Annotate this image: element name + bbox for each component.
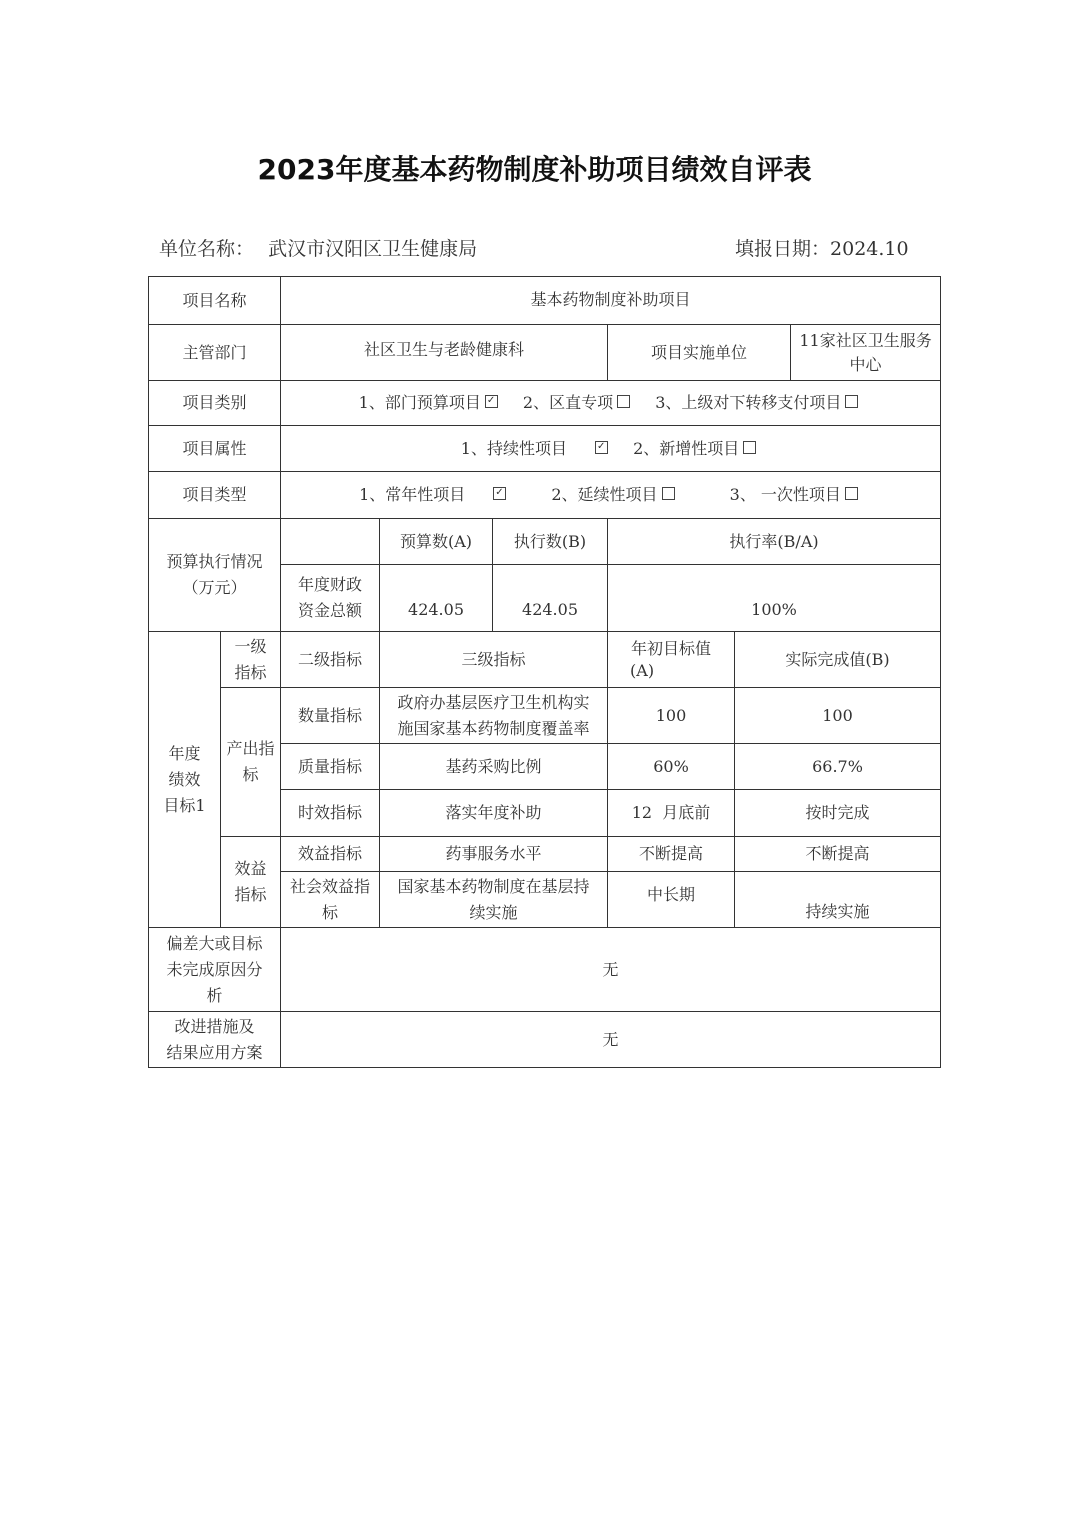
target-cell: 12 月底前 xyxy=(608,790,735,837)
date-info: 填报日期：2024.10 xyxy=(735,234,909,261)
category-option-2[interactable]: 2、区直专项 xyxy=(523,393,634,412)
dept-value: 社区卫生与老龄健康科 xyxy=(281,325,608,381)
actual-cell: 66.7% xyxy=(735,744,941,790)
level2-cell: 质量指标 xyxy=(281,744,380,790)
exec-col-header: 执行数(B) xyxy=(493,519,608,565)
type-option-3[interactable]: 3、 一次性项目 xyxy=(730,485,862,504)
goal-row: 效益 指标 效益指标 药事服务水平 不断提高 不断提高 xyxy=(149,837,941,872)
rate-value: 100% xyxy=(608,565,941,632)
checkbox-checked-icon[interactable] xyxy=(493,487,506,500)
goal-row: 产出指 标 数量指标 政府办基层医疗卫生机构实 施国家基本药物制度覆盖率 100… xyxy=(149,688,941,744)
impl-unit-value: 11家社区卫生服务中心 xyxy=(791,325,941,381)
level1-header: 一级 指标 xyxy=(221,632,281,688)
category-label: 项目类别 xyxy=(149,381,281,426)
unit-value: 武汉市汉阳区卫生健康局 xyxy=(268,238,477,260)
level2-header: 二级指标 xyxy=(281,632,380,688)
type-options: 1、常年性项目 2、延续性项目 3、 一次性项目 xyxy=(281,472,941,519)
project-name-label: 项目名称 xyxy=(149,277,281,325)
level3-cell: 基药采购比例 xyxy=(380,744,608,790)
dept-label: 主管部门 xyxy=(149,325,281,381)
type-option-1[interactable]: 1、常年性项目 xyxy=(359,485,510,504)
attribute-option-1[interactable]: 1、持续性项目 xyxy=(461,439,612,458)
target-cell: 中长期 xyxy=(608,872,735,928)
level2-cell: 时效指标 xyxy=(281,790,380,837)
benefit-indicator-label: 效益 指标 xyxy=(221,837,281,928)
row-improvement: 改进措施及 结果应用方案 无 xyxy=(149,1012,941,1068)
level3-header: 三级指标 xyxy=(380,632,608,688)
deviation-value: 无 xyxy=(281,928,941,1012)
date-value: 2024.10 xyxy=(830,238,909,260)
actual-cell: 100 xyxy=(735,688,941,744)
unit-info: 单位名称： 武汉市汉阳区卫生健康局 xyxy=(159,234,477,261)
budget-value: 424.05 xyxy=(380,565,493,632)
budget-col-header: 预算数(A) xyxy=(380,519,493,565)
date-label: 填报日期： xyxy=(735,238,830,260)
attribute-options: 1、持续性项目 2、新增性项目 xyxy=(281,426,941,472)
budget-empty-cell xyxy=(281,519,380,565)
row-type: 项目类型 1、常年性项目 2、延续性项目 3、 一次性项目 xyxy=(149,472,941,519)
row-category: 项目类别 1、部门预算项目 2、区直专项 3、上级对下转移支付项目 xyxy=(149,381,941,426)
level3-cell: 政府办基层医疗卫生机构实 施国家基本药物制度覆盖率 xyxy=(380,688,608,744)
target-cell: 60% xyxy=(608,744,735,790)
checkbox-empty-icon[interactable] xyxy=(617,395,630,408)
category-option-3[interactable]: 3、上级对下转移支付项目 xyxy=(655,393,862,412)
type-label: 项目类型 xyxy=(149,472,281,519)
level2-cell: 社会效益指 标 xyxy=(281,872,380,928)
checkbox-empty-icon[interactable] xyxy=(845,395,858,408)
attribute-option-2[interactable]: 2、新增性项目 xyxy=(633,439,760,458)
level3-cell: 药事服务水平 xyxy=(380,837,608,872)
actual-cell: 不断提高 xyxy=(735,837,941,872)
row-dept: 主管部门 社区卫生与老龄健康科 项目实施单位 11家社区卫生服务中心 xyxy=(149,325,941,381)
actual-cell: 持续实施 xyxy=(735,872,941,928)
attribute-label: 项目属性 xyxy=(149,426,281,472)
checkbox-empty-icon[interactable] xyxy=(845,487,858,500)
level3-cell: 落实年度补助 xyxy=(380,790,608,837)
checkbox-empty-icon[interactable] xyxy=(662,487,675,500)
row-project-name: 项目名称 基本药物制度补助项目 xyxy=(149,277,941,325)
checkbox-empty-icon[interactable] xyxy=(743,441,756,454)
unit-label: 单位名称： xyxy=(159,238,254,260)
row-deviation: 偏差大或目标 未完成原因分 析 无 xyxy=(149,928,941,1012)
row-attribute: 项目属性 1、持续性项目 2、新增性项目 xyxy=(149,426,941,472)
target-header: 年初目标值 (A) xyxy=(608,632,735,688)
checkbox-checked-icon[interactable] xyxy=(595,441,608,454)
improvement-value: 无 xyxy=(281,1012,941,1068)
impl-unit-label: 项目实施单位 xyxy=(608,325,791,381)
level3-cell: 国家基本药物制度在基层持 续实施 xyxy=(380,872,608,928)
deviation-label: 偏差大或目标 未完成原因分 析 xyxy=(149,928,281,1012)
goal-group-label: 年度 绩效 目标1 xyxy=(149,632,221,928)
checkbox-checked-icon[interactable] xyxy=(485,395,498,408)
rate-col-header: 执行率(B/A) xyxy=(608,519,941,565)
level2-cell: 数量指标 xyxy=(281,688,380,744)
page-title: 2023年度基本药物制度补助项目绩效自评表 xyxy=(0,148,1069,188)
exec-value: 424.05 xyxy=(493,565,608,632)
type-option-2[interactable]: 2、延续性项目 xyxy=(551,485,678,504)
project-name-value: 基本药物制度补助项目 xyxy=(281,277,941,325)
row-budget-header: 预算执行情况 （万元） 预算数(A) 执行数(B) 执行率(B/A) xyxy=(149,519,941,565)
fund-total-label: 年度财政 资金总额 xyxy=(281,565,380,632)
row-goals-header: 年度 绩效 目标1 一级 指标 二级指标 三级指标 年初目标值 (A) 实际完成… xyxy=(149,632,941,688)
target-cell: 100 xyxy=(608,688,735,744)
actual-header: 实际完成值(B) xyxy=(735,632,941,688)
improvement-label: 改进措施及 结果应用方案 xyxy=(149,1012,281,1068)
actual-cell: 按时完成 xyxy=(735,790,941,837)
target-cell: 不断提高 xyxy=(608,837,735,872)
evaluation-table: 项目名称 基本药物制度补助项目 主管部门 社区卫生与老龄健康科 项目实施单位 1… xyxy=(148,276,941,1068)
level2-cell: 效益指标 xyxy=(281,837,380,872)
output-indicator-label: 产出指 标 xyxy=(221,688,281,837)
category-options: 1、部门预算项目 2、区直专项 3、上级对下转移支付项目 xyxy=(281,381,941,426)
budget-label: 预算执行情况 （万元） xyxy=(149,519,281,632)
category-option-1[interactable]: 1、部门预算项目 xyxy=(359,393,502,412)
